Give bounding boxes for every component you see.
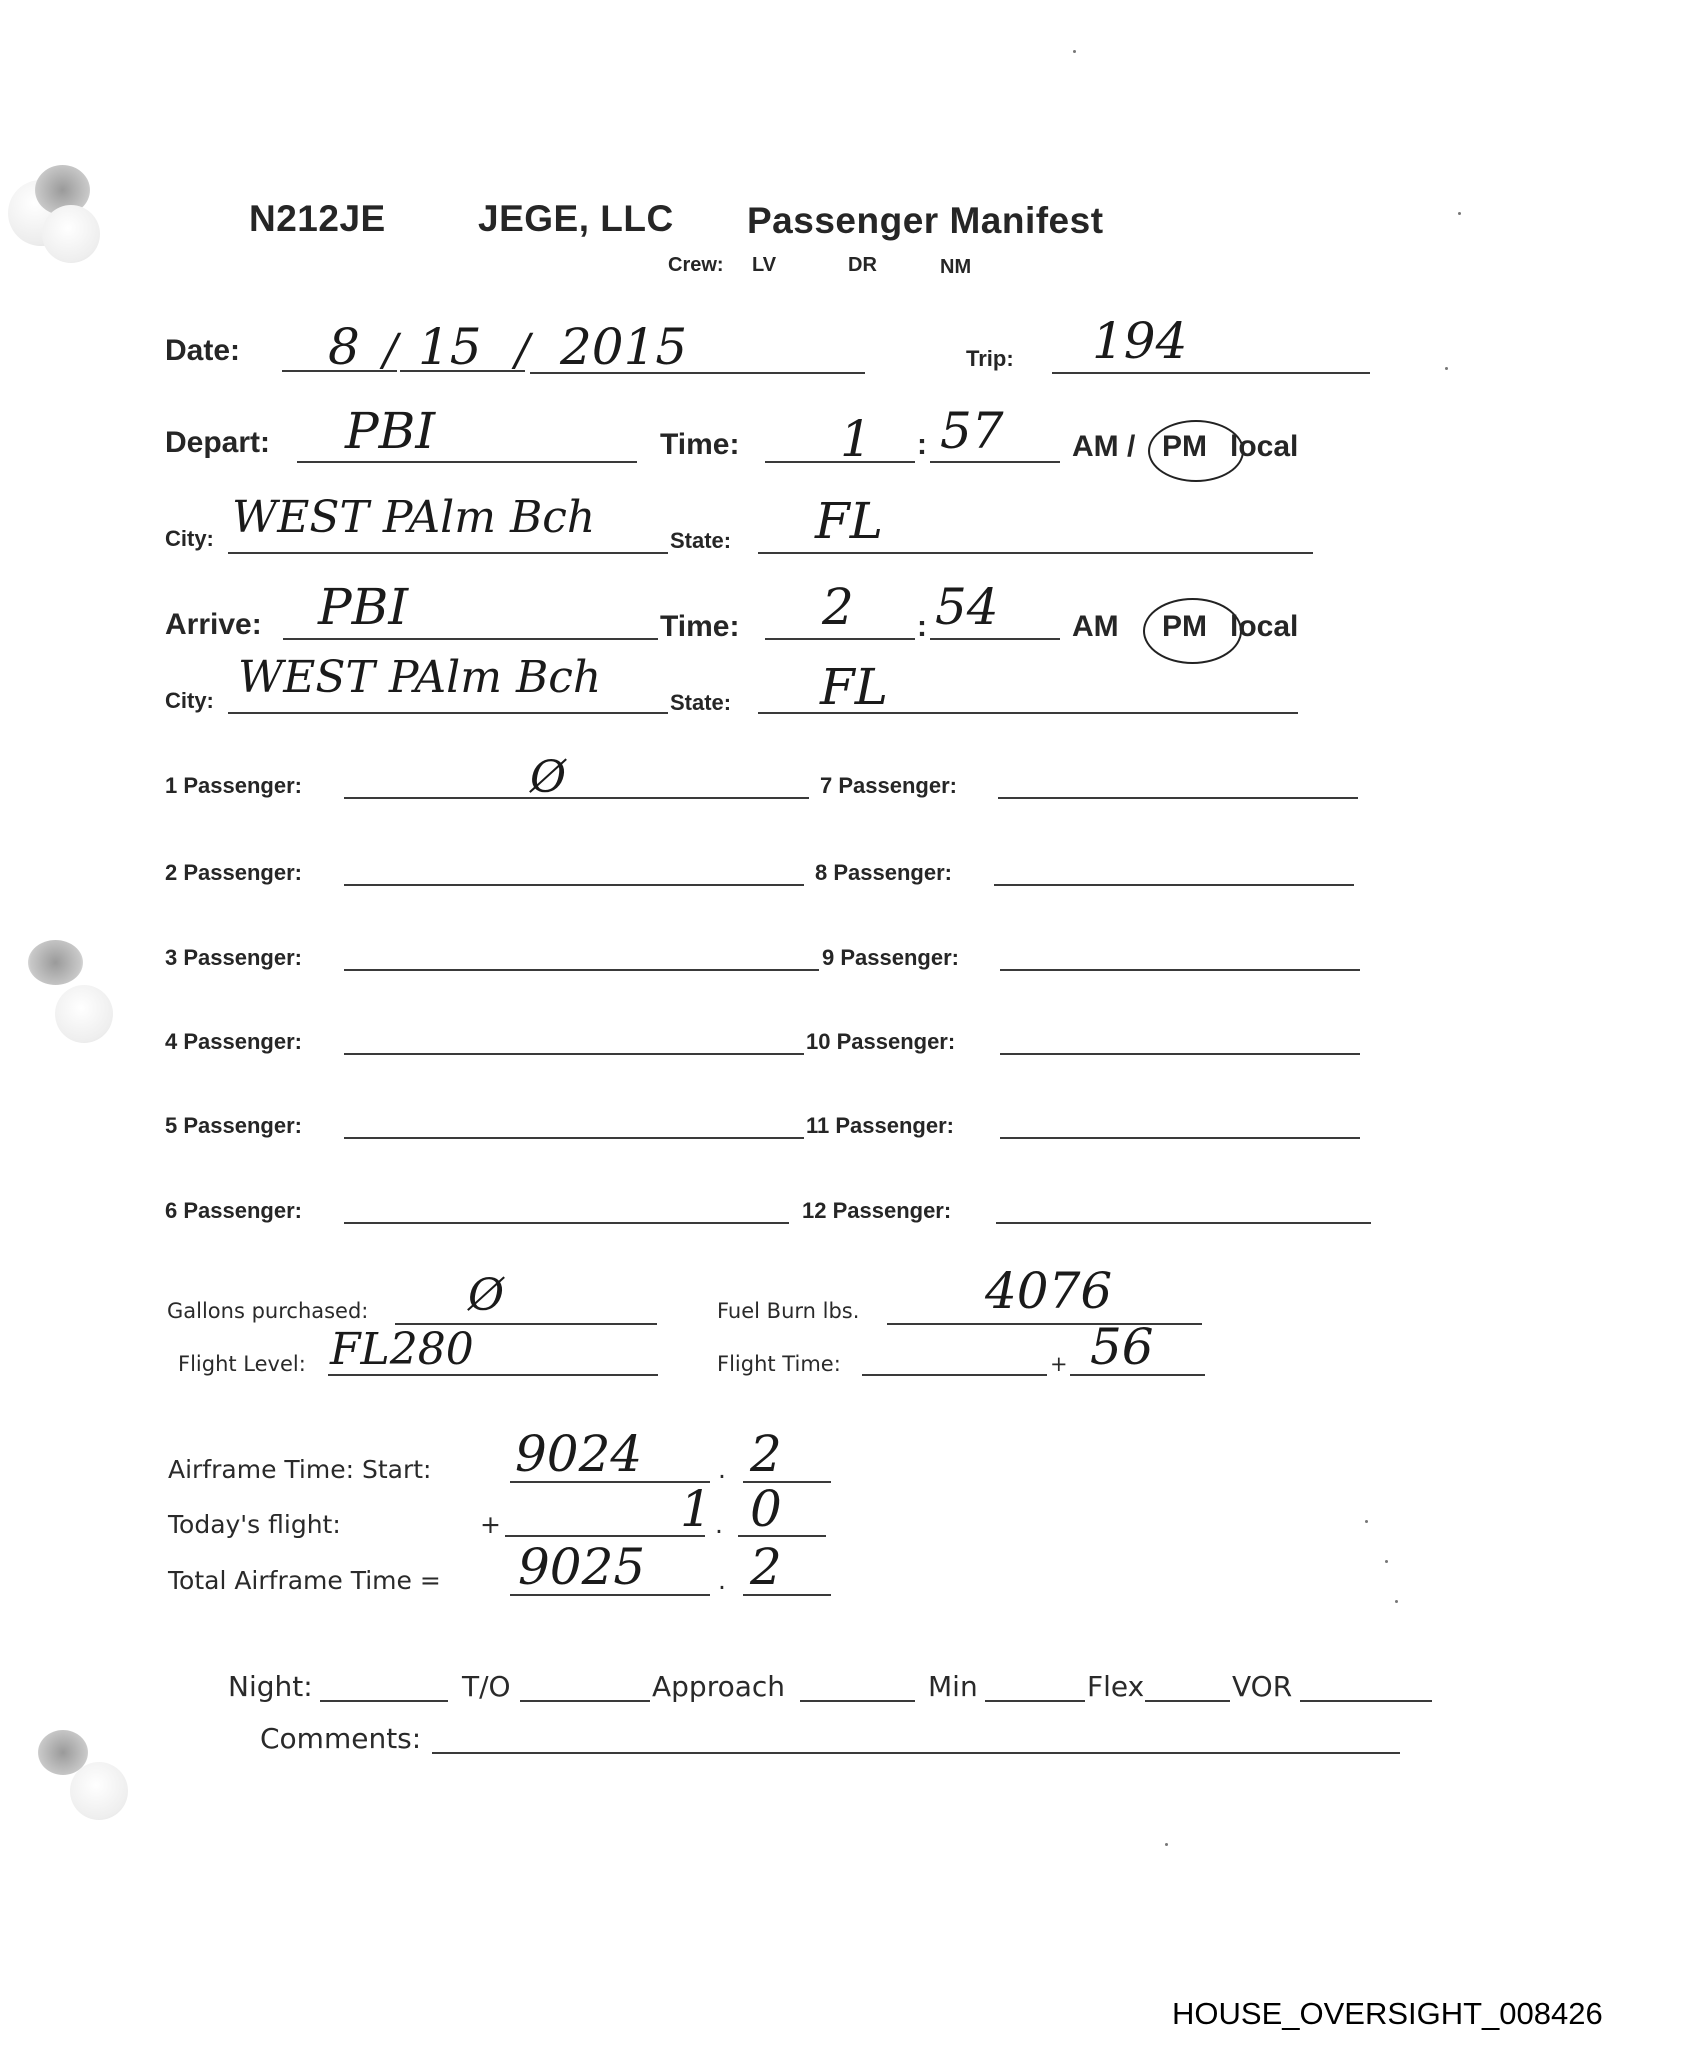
flex-label: Flex [1087,1670,1144,1703]
today-flight-label: Today's flight: [168,1510,341,1539]
depart-hour-value: 1 [840,410,872,468]
gallons-purchased-value: Ø [468,1270,504,1321]
comments-label: Comments: [260,1722,421,1755]
arrive-label: Arrive: [165,608,262,642]
date-sep-2: / [515,325,530,376]
depart-time-label: Time: [660,428,739,462]
arrive-airport-value: PBI [318,578,408,636]
depart-state-value: FL [815,492,883,550]
arrive-hour-field[interactable] [765,638,915,640]
hole-punch-top-inner [42,205,100,263]
crew-label: Crew: [668,254,724,277]
passenger-10-label: 10 Passenger: [806,1029,955,1055]
airframe-start-decimal: . [718,1455,726,1484]
flex-field[interactable] [1145,1700,1230,1702]
date-month-value: 8 [328,318,360,376]
passenger-7-field[interactable] [998,797,1358,799]
trip-value: 194 [1092,312,1187,370]
fuel-burn-label: Fuel Burn lbs. [717,1299,859,1323]
scan-speck [1458,212,1461,215]
flight-time-plus: + [1050,1352,1068,1376]
crew-member-1: LV [752,254,776,277]
flight-time-minutes-value: 56 [1090,1318,1154,1376]
arrive-minute-field[interactable] [930,638,1060,640]
arrive-hour-value: 2 [822,578,854,636]
passenger-12-field[interactable] [996,1222,1371,1224]
passenger-6-field[interactable] [344,1222,789,1224]
flight-time-label: Flight Time: [717,1352,841,1376]
passenger-12-label: 12 Passenger: [802,1198,951,1224]
today-flight-decimal: . [715,1510,723,1539]
depart-airport-field[interactable] [297,461,637,463]
trip-label: Trip: [966,346,1014,372]
comments-field[interactable] [432,1752,1400,1754]
arrive-time-colon: : [917,610,927,644]
depart-label: Depart: [165,426,270,460]
depart-am-option[interactable]: AM / [1072,430,1135,464]
passenger-10-field[interactable] [1000,1053,1360,1055]
arrive-pm-circled-mark [1143,598,1242,664]
scan-speck [1395,1600,1398,1603]
depart-state-label: State: [670,528,731,554]
passenger-9-field[interactable] [1000,969,1360,971]
bates-number: HOUSE_OVERSIGHT_008426 [1172,1996,1603,2032]
vor-label: VOR [1232,1670,1292,1703]
passenger-6-label: 6 Passenger: [165,1198,302,1224]
date-label: Date: [165,334,240,368]
scan-speck [1073,50,1076,53]
hole-punch-middle [55,985,113,1043]
passenger-1-label: 1 Passenger: [165,773,302,799]
arrive-state-label: State: [670,690,731,716]
scan-speck [1365,1520,1368,1523]
depart-minute-field[interactable] [930,461,1060,463]
vor-field[interactable] [1300,1700,1432,1702]
crew-member-2: DR [848,254,877,277]
scan-speck [1165,1843,1168,1846]
min-field[interactable] [985,1700,1085,1702]
passenger-7-label: 7 Passenger: [820,773,957,799]
tail-number: N212JE [249,198,386,240]
passenger-3-field[interactable] [344,969,819,971]
arrive-city-label: City: [165,688,214,714]
hole-punch-middle-shadow [28,940,83,985]
passenger-2-field[interactable] [344,884,804,886]
approach-field[interactable] [800,1700,915,1702]
takeoff-field[interactable] [520,1700,650,1702]
passenger-3-label: 3 Passenger: [165,945,302,971]
arrive-city-value: WEST PAlm Bch [238,652,601,703]
passenger-2-label: 2 Passenger: [165,860,302,886]
total-airframe-whole-value: 9025 [518,1538,645,1596]
passenger-9-label: 9 Passenger: [822,945,959,971]
passenger-4-label: 4 Passenger: [165,1029,302,1055]
form-title: Passenger Manifest [747,200,1104,242]
passenger-5-field[interactable] [344,1137,804,1139]
takeoff-label: T/O [462,1670,511,1703]
flight-level-value: FL280 [330,1324,474,1375]
passenger-11-field[interactable] [1000,1137,1360,1139]
hole-punch-bottom [70,1762,128,1820]
date-day-value: 15 [418,318,482,376]
trip-field[interactable] [1052,372,1370,374]
depart-minute-value: 57 [940,402,1004,460]
depart-airport-value: PBI [345,402,435,460]
date-year-value: 2015 [560,318,687,376]
passenger-8-field[interactable] [994,884,1354,886]
today-flight-plus: + [480,1510,501,1539]
depart-city-field[interactable] [228,552,668,554]
fuel-burn-field[interactable] [887,1323,1202,1325]
depart-time-colon: : [917,428,927,462]
scan-speck [1385,1560,1388,1563]
today-flight-whole-value: 1 [680,1480,712,1538]
depart-state-field[interactable] [758,552,1313,554]
passenger-5-label: 5 Passenger: [165,1113,302,1139]
min-label: Min [928,1670,978,1703]
arrive-city-field[interactable] [228,712,668,714]
passenger-11-label: 11 Passenger: [806,1113,954,1139]
arrive-minute-value: 54 [935,578,999,636]
depart-city-label: City: [165,526,214,552]
scan-speck [1445,367,1448,370]
passenger-4-field[interactable] [344,1053,804,1055]
today-flight-whole-field[interactable] [505,1535,705,1537]
airframe-start-tenth-value: 2 [750,1425,782,1483]
depart-city-value: WEST PAlm Bch [232,492,595,543]
date-sep-1: / [383,325,398,376]
total-airframe-label: Total Airframe Time = [168,1566,441,1595]
total-airframe-decimal: . [718,1566,726,1595]
night-field[interactable] [320,1700,448,1702]
approach-label: Approach [652,1670,785,1703]
gallons-purchased-label: Gallons purchased: [167,1299,368,1323]
night-label: Night: [228,1670,313,1703]
flight-time-hours-field[interactable] [862,1374,1047,1376]
total-airframe-tenth-value: 2 [750,1538,782,1596]
arrive-am-option[interactable]: AM [1072,610,1119,644]
fuel-burn-value: 4076 [985,1262,1112,1320]
arrive-airport-field[interactable] [283,638,658,640]
arrive-state-value: FL [820,658,888,716]
airframe-start-whole-value: 9024 [515,1425,642,1483]
crew-member-3: NM [940,256,971,279]
arrive-time-label: Time: [660,610,739,644]
passenger-1-field[interactable] [344,797,809,799]
airframe-start-label: Airframe Time: Start: [168,1455,431,1484]
arrive-local-label: local [1230,610,1298,644]
depart-local-label: local [1230,430,1298,464]
flight-level-label: Flight Level: [178,1352,306,1376]
company-name: JEGE, LLC [478,198,674,240]
passenger-1-value: Ø [530,752,566,803]
today-flight-tenth-value: 0 [750,1480,782,1538]
passenger-8-label: 8 Passenger: [815,860,952,886]
